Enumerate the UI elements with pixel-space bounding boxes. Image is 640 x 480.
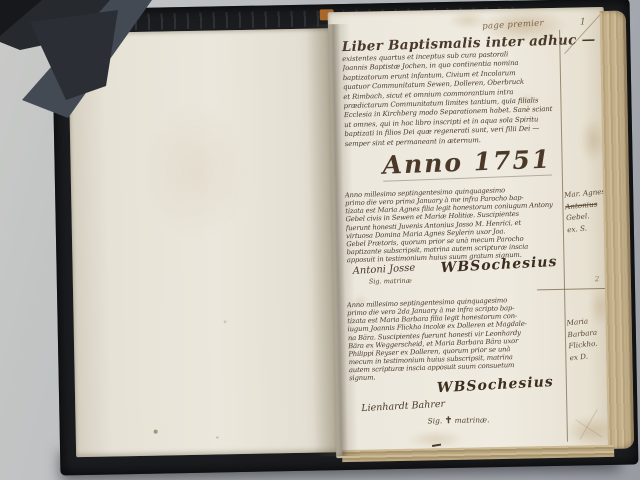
matrina-mark-prefix: Sig. — [427, 416, 442, 425]
photograph-of-baptismal-register: 1 page premier Liber Baptismalis inter a… — [0, 0, 640, 480]
book-gutter-shadow — [306, 24, 358, 457]
right-page: 1 page premier Liber Baptismalis inter a… — [328, 7, 613, 458]
baptism-record-1: Anno millesimo septingentesimo quinquage… — [345, 185, 563, 265]
matrina-mark-name: matrinæ. — [455, 415, 490, 425]
matrina-mark-1: Sig. matrinæ — [369, 277, 412, 286]
baptism-record-2: Anno millesimo septingentesimo quinquage… — [347, 295, 565, 383]
right-page-content: 1 page premier Liber Baptismalis inter a… — [328, 7, 613, 458]
year-heading: Anno 1751 — [382, 145, 552, 182]
left-page-speck — [154, 430, 158, 434]
title-block: Liber Baptismalis inter adhuc — existent… — [342, 33, 561, 149]
margin-number: 2 — [595, 275, 600, 283]
cross-mark: ✝ — [445, 416, 453, 426]
matrina-mark-2: Sig. ✝ matrinæ. — [427, 415, 489, 426]
book-clamp — [0, 0, 300, 140]
page-number: 1 — [580, 17, 586, 27]
left-page-speck — [216, 436, 219, 438]
left-page-speck — [224, 320, 227, 323]
